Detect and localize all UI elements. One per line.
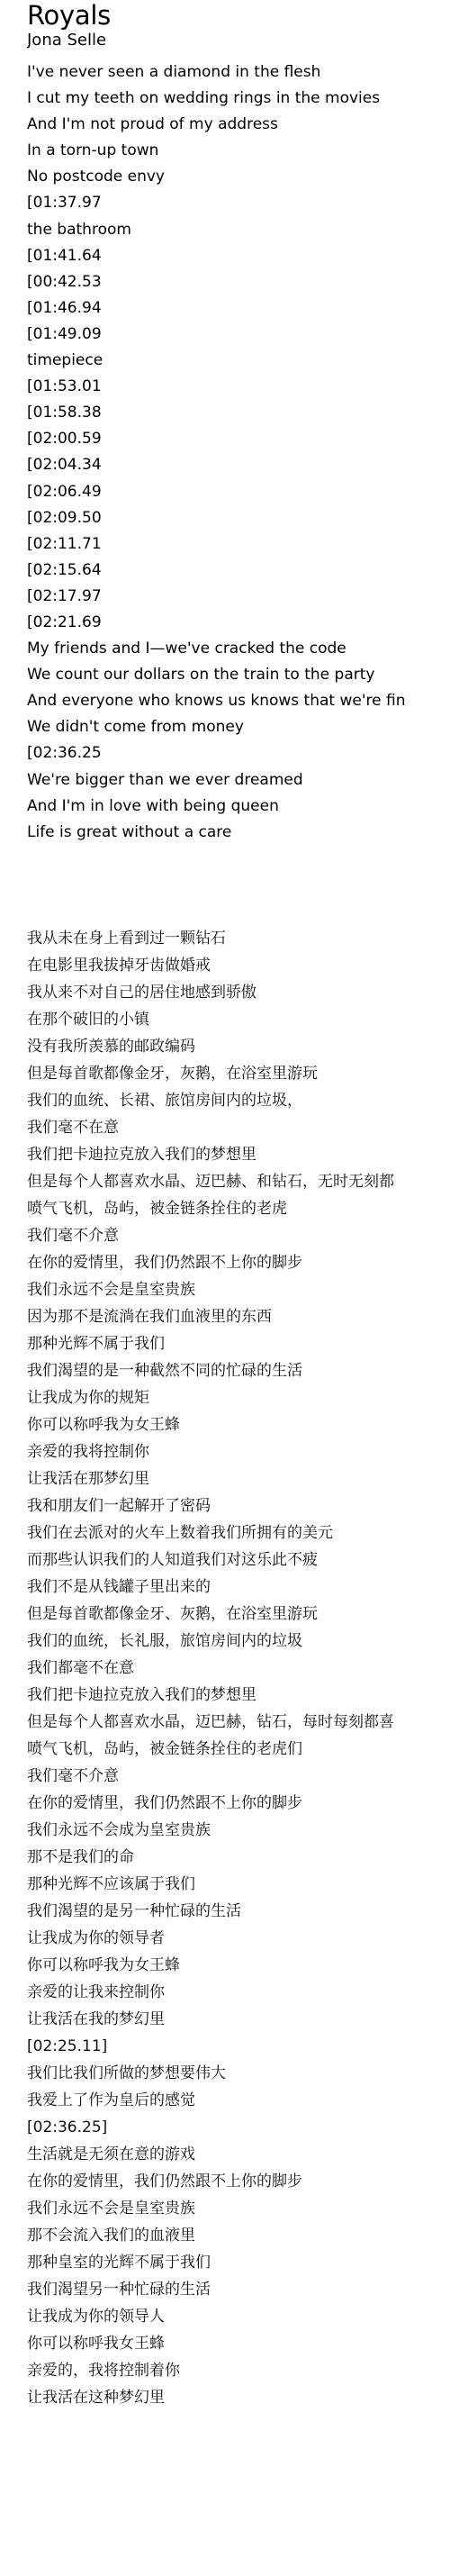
lyric-line: 我们在去派对的火车上数着我们所拥有的美元 [27,1519,450,1547]
lyric-line: [02:00.59 [27,426,450,452]
song-artist: Jona Selle [27,31,450,50]
lyric-line: 我们比我们所做的梦想要伟大 [27,2060,450,2087]
lyric-line: I've never seen a diamond in the flesh [27,59,450,86]
lyric-line: 让我成为你的领导人 [27,2303,450,2330]
chinese-lyrics: 我从未在身上看到过一颗钻石在电影里我拔掉牙齿做婚戒我从来不对自己的居住地感到骄傲… [27,925,450,2411]
lyric-line: 我们都毫不在意 [27,1655,450,1682]
lyric-line: And everyone who knows us knows that we'… [27,688,450,714]
lyric-line: 那种光辉不应该属于我们 [27,1871,450,1898]
lyric-line: [02:36.25] [27,2114,450,2141]
lyric-line: 亲爱的，我将控制着你 [27,2357,450,2384]
lyrics-page: Royals Jona Selle I've never seen a diam… [27,0,450,2411]
lyric-line: 我从来不对自己的居住地感到骄傲 [27,979,450,1006]
lyric-line: 我从未在身上看到过一颗钻石 [27,925,450,952]
lyric-line: Life is great without a care [27,820,450,846]
lyric-line: 我们把卡迪拉克放入我们的梦想里 [27,1141,450,1168]
lyric-line: 我们永远不会是皇室贵族 [27,2195,450,2222]
lyric-line: [01:46.94 [27,295,450,322]
lyric-line: [02:21.69 [27,610,450,636]
song-title: Royals [27,0,450,31]
section-spacer [27,846,450,925]
lyric-line: 在那个破旧的小镇 [27,1006,450,1033]
lyric-line: 没有我所羡慕的邮政编码 [27,1033,450,1060]
lyric-line: 让我活在那梦幻里 [27,1465,450,1492]
lyric-line: 让我成为你的领导者 [27,1925,450,1952]
lyric-line: 我们毫不介意 [27,1222,450,1249]
lyric-line: 但是每首歌都像金牙，灰鹅，在浴室里游玩 [27,1060,450,1087]
lyric-line: 喷气飞机，岛屿，被金链条拴住的老虎 [27,1195,450,1222]
lyric-line: 让我成为你的规矩 [27,1384,450,1411]
lyric-line: 我们永远不会成为皇室贵族 [27,1817,450,1844]
lyric-line: [02:15.64 [27,558,450,584]
lyric-line: In a torn-up town [27,138,450,164]
lyric-line: 我们不是从钱罐子里出来的 [27,1574,450,1601]
lyric-line: 那种皇室的光辉不属于我们 [27,2249,450,2276]
lyric-line: 在你的爱情里，我们仍然跟不上你的脚步 [27,1790,450,1817]
lyric-line: 在你的爱情里，我们仍然跟不上你的脚步 [27,1249,450,1276]
lyric-line: 我们毫不介意 [27,1763,450,1790]
lyric-line: 你可以称呼我为女王蜂 [27,1411,450,1438]
lyric-line: 我们渴望的是另一种忙碌的生活 [27,1898,450,1925]
lyric-line: And I'm in love with being queen [27,794,450,820]
lyric-line: [02:06.49 [27,479,450,505]
lyric-line: 我们的血统，长礼服，旅馆房间内的垃圾 [27,1628,450,1655]
lyric-line: I cut my teeth on wedding rings in the m… [27,86,450,112]
lyric-line: 因为那不是流淌在我们血液里的东西 [27,1303,450,1330]
lyric-line: 喷气飞机，岛屿，被金链条拴住的老虎们 [27,1736,450,1763]
lyric-line: 而那些认识我们的人知道我们对这乐此不疲 [27,1547,450,1574]
lyric-line: 生活就是无须在意的游戏 [27,2141,450,2168]
lyric-line: [01:49.09 [27,322,450,348]
lyric-line: 那不会流入我们的血液里 [27,2222,450,2249]
lyric-line: [02:11.71 [27,531,450,558]
lyric-line: [02:17.97 [27,584,450,610]
lyric-line: 那不是我们的命 [27,1844,450,1871]
lyric-line: [00:42.53 [27,269,450,295]
lyric-line: 那种光辉不属于我们 [27,1330,450,1357]
lyric-line: 但是每个人都喜欢水晶、迈巴赫、和钻石，无时无刻都 [27,1168,450,1195]
lyric-line: [02:36.25 [27,740,450,766]
lyric-line: We count our dollars on the train to the… [27,662,450,688]
lyric-line: the bathroom [27,217,450,243]
lyric-line: [01:58.38 [27,400,450,426]
lyric-line: timepiece [27,348,450,374]
lyric-line: 但是每个人都喜欢水晶，迈巴赫，钻石，每时每刻都喜 [27,1709,450,1736]
lyric-line: 我和朋友们一起解开了密码 [27,1492,450,1519]
lyric-line: 我们把卡迪拉克放入我们的梦想里 [27,1682,450,1709]
lyric-line: 你可以称呼我为女王蜂 [27,1952,450,1979]
lyric-line: 在电影里我拔掉牙齿做婚戒 [27,952,450,979]
lyric-line: No postcode envy [27,164,450,190]
lyric-line: 我爱上了作为皇后的感觉 [27,2087,450,2114]
lyric-line: We didn't come from money [27,714,450,740]
lyric-line: 我们的血统、长裙、旅馆房间内的垃圾， [27,1087,450,1114]
lyric-line: [02:25.11] [27,2033,450,2060]
lyric-line: 我们永远不会是皇室贵族 [27,1276,450,1303]
lyric-line: My friends and I—we've cracked the code [27,636,450,662]
english-lyrics: I've never seen a diamond in the fleshI … [27,59,450,846]
lyric-line: [02:04.34 [27,452,450,478]
lyric-line: 让我活在我的梦幻里 [27,2006,450,2033]
lyric-line: 你可以称呼我女王蜂 [27,2330,450,2357]
lyric-line: 亲爱的我将控制你 [27,1438,450,1465]
lyric-line: 我们渴望另一种忙碌的生活 [27,2276,450,2303]
lyric-line: 让我活在这种梦幻里 [27,2384,450,2411]
lyric-line: And I'm not proud of my address [27,112,450,138]
lyric-line: 在你的爱情里，我们仍然跟不上你的脚步 [27,2168,450,2195]
lyric-line: We're bigger than we ever dreamed [27,767,450,794]
lyric-line: [01:37.97 [27,190,450,216]
lyric-line: [01:53.01 [27,374,450,400]
lyric-line: [02:09.50 [27,505,450,531]
lyric-line: 亲爱的让我来控制你 [27,1979,450,2006]
lyric-line: 我们渴望的是一种截然不同的忙碌的生活 [27,1357,450,1384]
lyric-line: [01:41.64 [27,243,450,269]
lyric-line: 但是每首歌都像金牙、灰鹅，在浴室里游玩 [27,1601,450,1628]
lyric-line: 我们毫不在意 [27,1114,450,1141]
